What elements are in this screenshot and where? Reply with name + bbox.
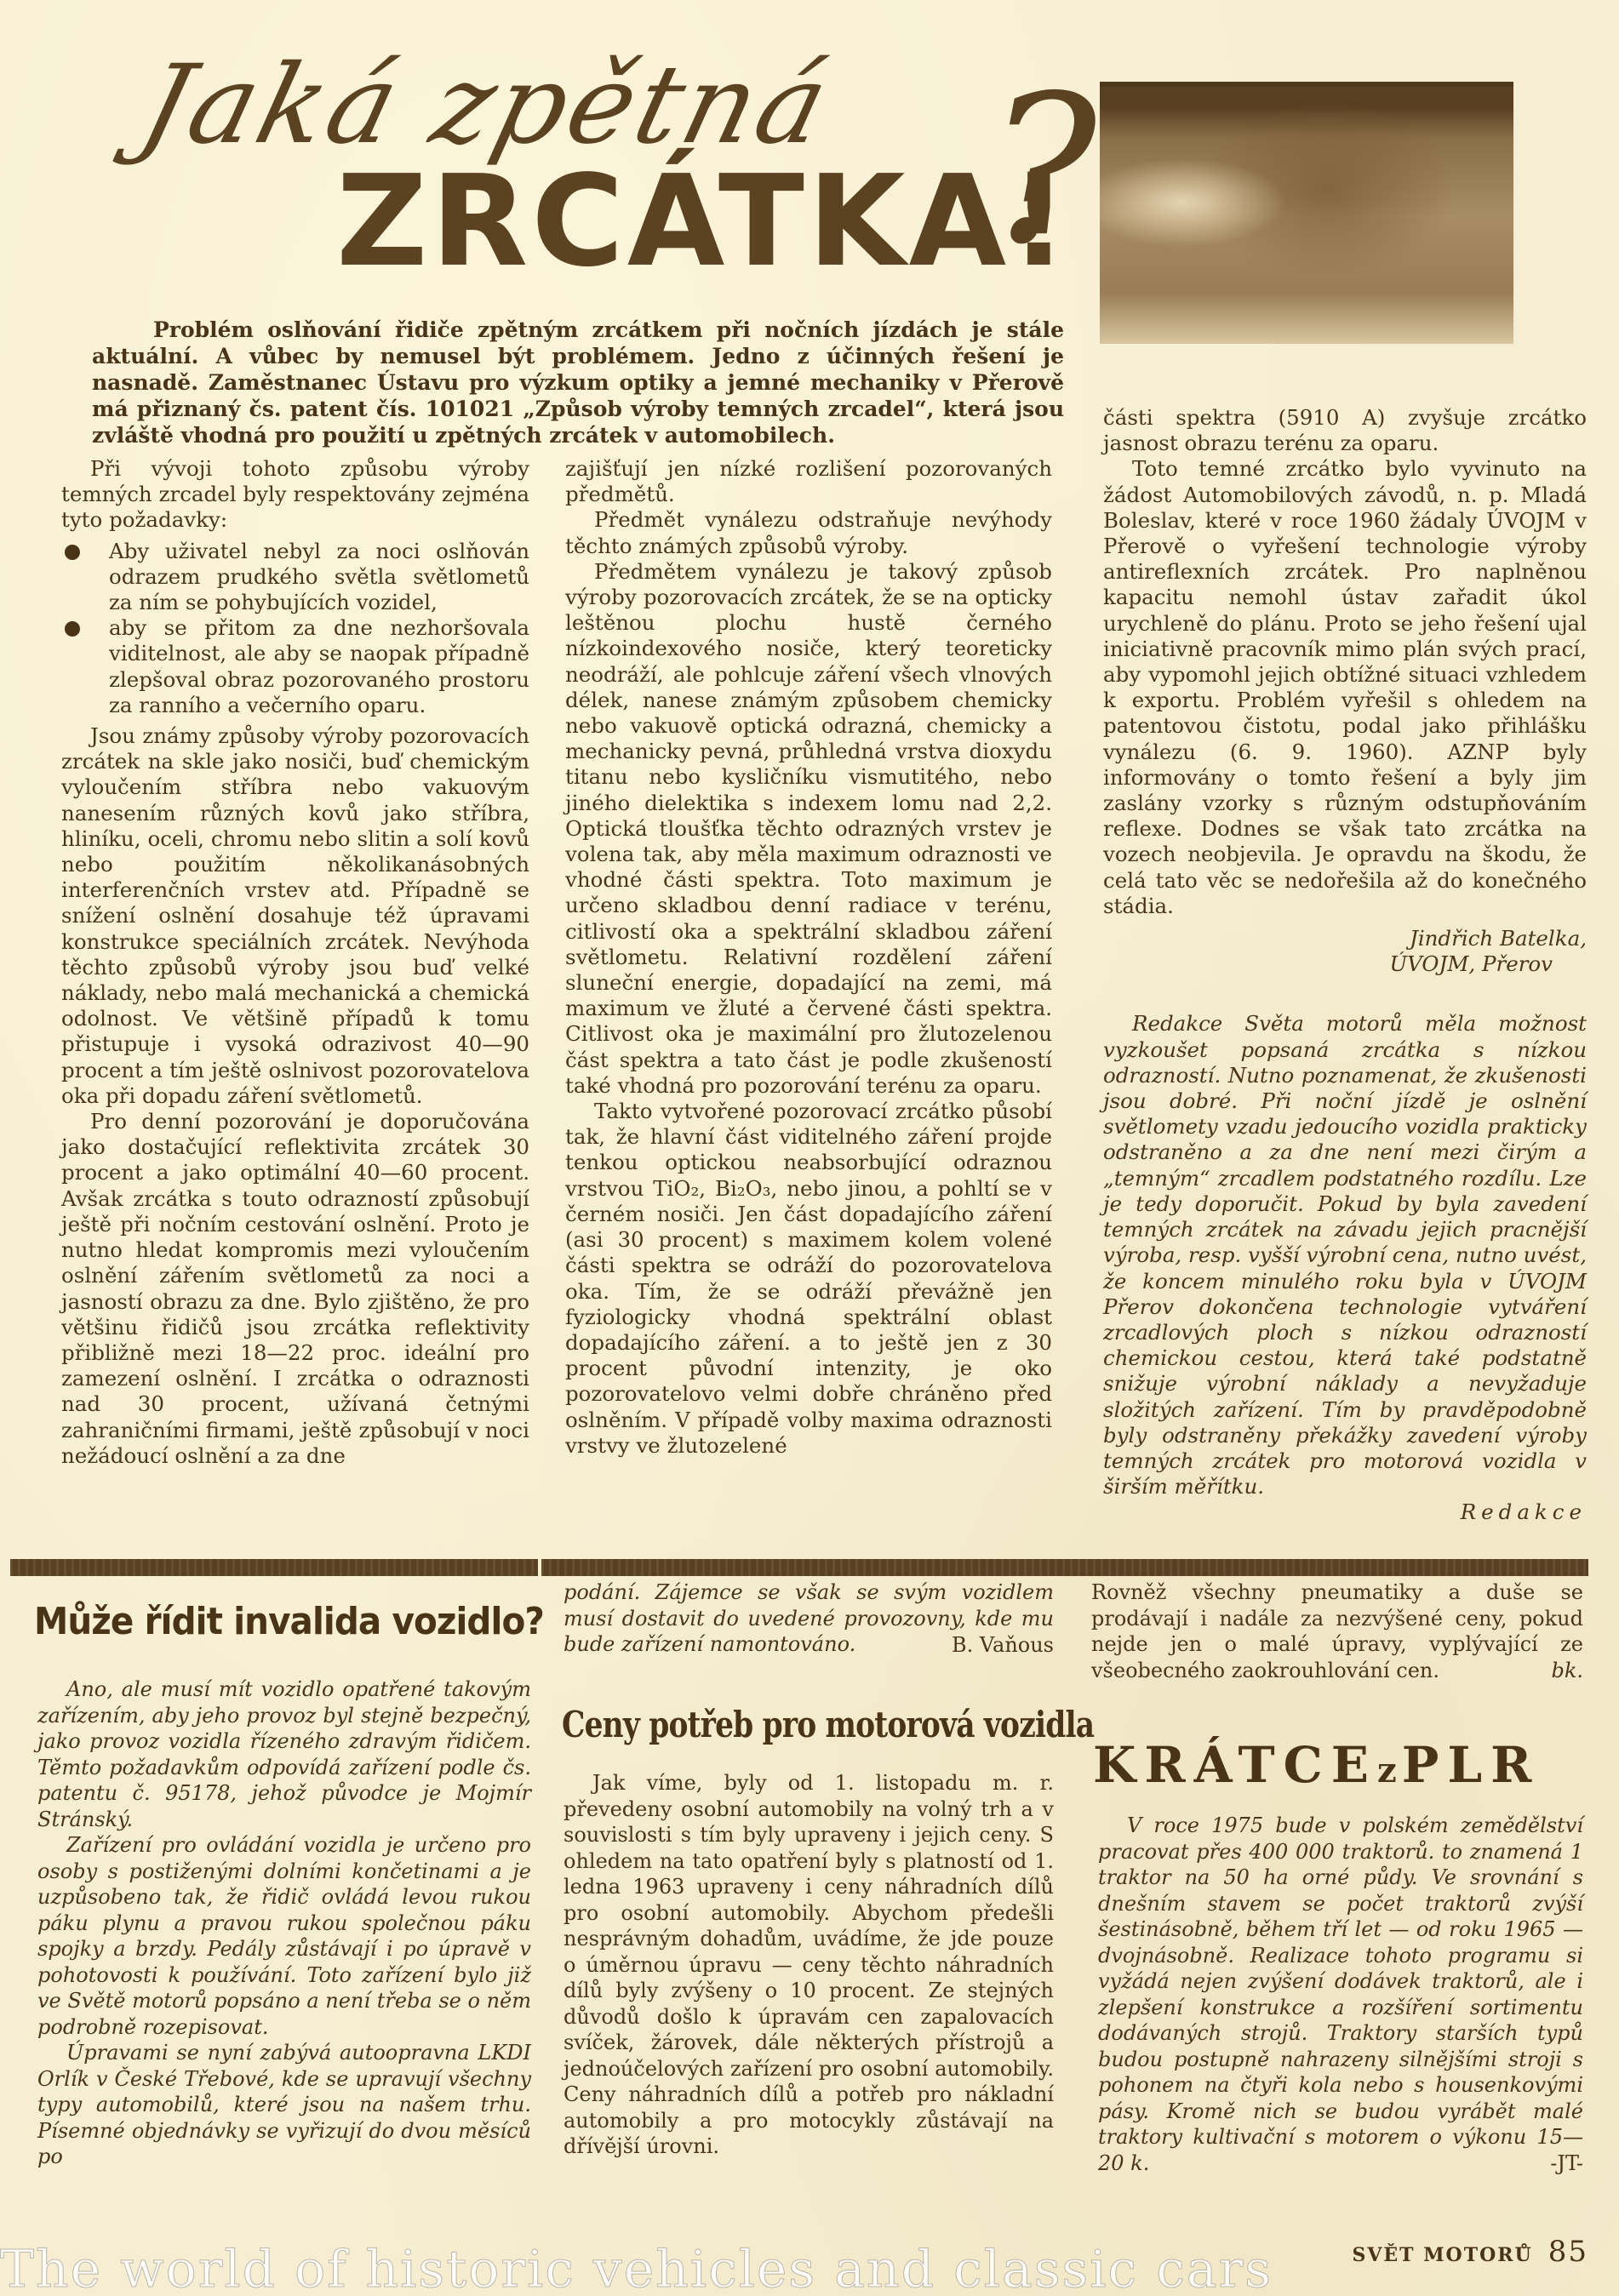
paragraph: Úpravami se nyní zabývá autoopravna LKDI… [37,2040,531,2170]
mirror-photo [1100,82,1513,344]
paragraph: Jsou známy způsoby výroby pozorovacích z… [61,723,529,1109]
kratce-title: KRÁTCEzPLR [1093,1736,1540,1794]
invalid-article-continued: podání. Zájemce se však se svým vozidlem… [564,1579,1054,1658]
paragraph: Ano, ale musí mít vozidlo opatřené takov… [37,1676,531,1832]
paragraph: V roce 1975 bude v polském zemědělství p… [1098,1813,1583,2176]
paragraph: Toto temné zrcátko bylo vyvinuto na žádo… [1103,456,1587,919]
paragraph: Zařízení pro ovládání vozidla je určeno … [37,1832,531,2040]
ceny-article-continued: Rovněž všechny pneumatiky a duše se prod… [1091,1579,1583,1684]
main-title-text: ZRCÁTKA [336,148,1010,294]
article-column-1: Při vývoji tohoto způsobu výroby temných… [61,456,529,1469]
kratce-title-end: PLR [1402,1736,1541,1794]
kratce-title-main: KRÁTCE [1093,1736,1377,1794]
list-item: aby se přitom za dne nezhoršovala vidite… [61,615,529,718]
article-column-2: zajišťují jen nízké rozlišení pozorovaný… [565,456,1052,1459]
paragraph: Předmět vynálezu odstraňuje nevýhody těc… [565,507,1052,558]
bullet-icon [65,621,80,637]
bullet-icon [65,545,80,560]
paragraph: Pro denní pozorování je doporučována jak… [61,1109,529,1469]
kratce-author: -JT- [1098,2150,1583,2177]
requirements-list: Aby uživatel nebyl za noci oslňován odra… [61,539,529,718]
script-title: Jaká zpětná [131,51,840,160]
section-divider-right [541,1559,1588,1576]
kratce-title-small: z [1377,1751,1402,1791]
page-number: 85 [1548,2235,1588,2269]
paragraph: Takto vytvořené pozorovací zrcátko působ… [565,1099,1052,1459]
paragraph: Při vývoji tohoto způsobu výroby temných… [61,456,529,534]
magazine-name: SVĚT MOTORŮ [1352,2244,1532,2266]
author-org: ÚVOJM, Přerov [1103,951,1587,977]
ceny-article-title: Ceny potřeb pro motorová vozidla [562,1704,1094,1745]
paragraph: zajišťují jen nízké rozlišení pozorovaný… [565,456,1052,507]
page-footer: SVĚT MOTORŮ85 [1352,2235,1588,2269]
author-name: Jindřich Batelka, [1103,926,1587,951]
invalid-article-body: Ano, ale musí mít vozidlo opatřené takov… [37,1676,531,2170]
list-item-text: aby se přitom za dne nezhoršovala vidite… [109,615,529,717]
section-divider-left [10,1559,538,1576]
kratce-body: V roce 1975 bude v polském zemědělství p… [1098,1813,1583,2177]
paragraph: Jak víme, byly od 1. listopadu m. r. pře… [564,1770,1054,2160]
list-item-text: Aby uživatel nebyl za noci oslňován odra… [109,539,529,614]
editorial-signature: Redakce [1103,1499,1587,1525]
watermark-text: The world of historic vehicles and class… [0,2240,1273,2296]
paragraph: části spektra (5910 A) zvyšuje zrcátko j… [1103,405,1587,456]
paragraph: Předmětem vynálezu je takový způsob výro… [565,559,1052,1099]
invalid-article-title: Může řídit invalida vozidlo? [34,1600,544,1643]
article-column-3: části spektra (5910 A) zvyšuje zrcátko j… [1103,405,1587,1526]
intro-lead: Problém oslňování řidiče zpětným zrcátke… [92,317,1064,448]
question-mark: ? [987,68,1097,272]
main-title: ZRCÁTKA! [336,157,1072,285]
ceny-article-body: Jak víme, byly od 1. listopadu m. r. pře… [564,1770,1054,2160]
list-item: Aby uživatel nebyl za noci oslňován odra… [61,539,529,616]
editorial-note: Redakce Světa motorů měla možnost vyzkou… [1103,1011,1587,1499]
